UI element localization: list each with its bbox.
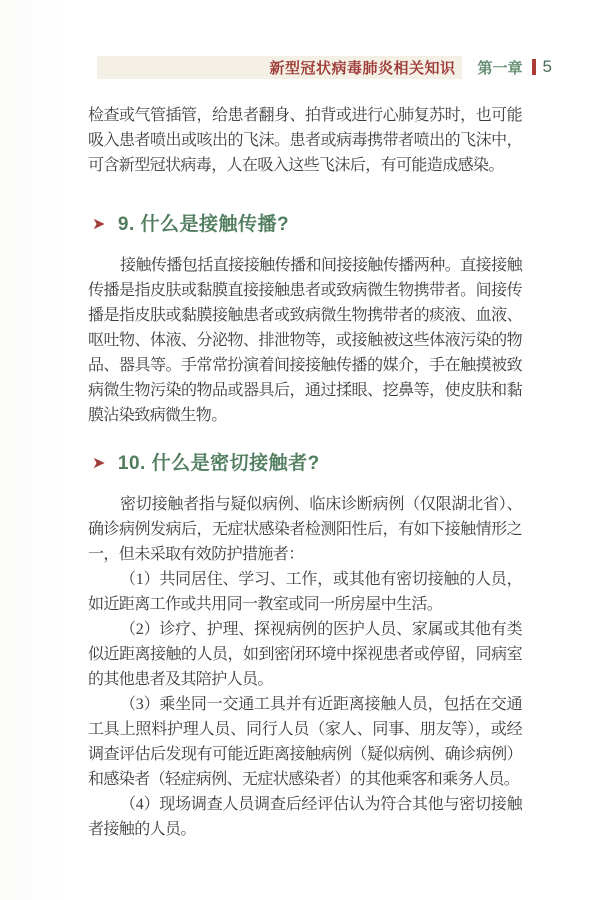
section-10-item-1: （1）共同居住、学习、工作，或其他有密切接触的人员，如近距离工作或共用同一教室或… [88, 567, 522, 617]
intro-paragraph: 检查或气管插管，给患者翻身、拍背或进行心肺复苏时，也可能吸入患者喷出或咳出的飞沫… [88, 103, 522, 178]
section-10-intro-paragraph: 密切接触者指与疑似病例、临床诊断病例（仅限湖北省）、确诊病例发病后，无症状感染者… [88, 492, 522, 567]
header-title: 新型冠状病毒肺炎相关知识 [270, 57, 456, 78]
section-10-heading: ➤ 10. 什么是密切接触者? [92, 448, 522, 475]
chapter-label: 第一章 [478, 57, 523, 78]
section-10-item-4: （4）现场调查人员调查后经评估认为符合其他与密切接触者接触的人员。 [88, 792, 522, 842]
section-10-item-3: （3）乘坐同一交通工具并有近距离接触人员，包括在交通工具上照料护理人员、同行人员… [88, 692, 522, 792]
section-10-item-2: （2）诊疗、护理、探视病例的医护人员、家属或其他有类似近距离接触的人员，如到密闭… [88, 617, 522, 692]
arrow-bullet-icon: ➤ [92, 214, 106, 234]
header-title-band: 新型冠状病毒肺炎相关知识 [97, 56, 462, 79]
page-header: 新型冠状病毒肺炎相关知识 第一章 5 [0, 55, 600, 79]
text-column: 检查或气管插管，给患者翻身、拍背或进行心肺复苏时，也可能吸入患者喷出或咳出的飞沫… [88, 92, 522, 842]
divider-bar [532, 59, 536, 75]
page-number: 5 [543, 57, 552, 77]
arrow-bullet-icon: ➤ [92, 453, 106, 473]
section-9-paragraph: 接触传播包括直接接触传播和间接接触传播两种。直接接触传播是指皮肤或黏膜直接接触患… [88, 253, 522, 428]
book-page: 新型冠状病毒肺炎相关知识 第一章 5 检查或气管插管，给患者翻身、拍背或进行心肺… [0, 0, 600, 900]
section-9-heading-label: 9. 什么是接触传播? [118, 209, 289, 236]
section-9-heading: ➤ 9. 什么是接触传播? [92, 209, 522, 236]
section-10-heading-label: 10. 什么是密切接触者? [118, 448, 320, 475]
